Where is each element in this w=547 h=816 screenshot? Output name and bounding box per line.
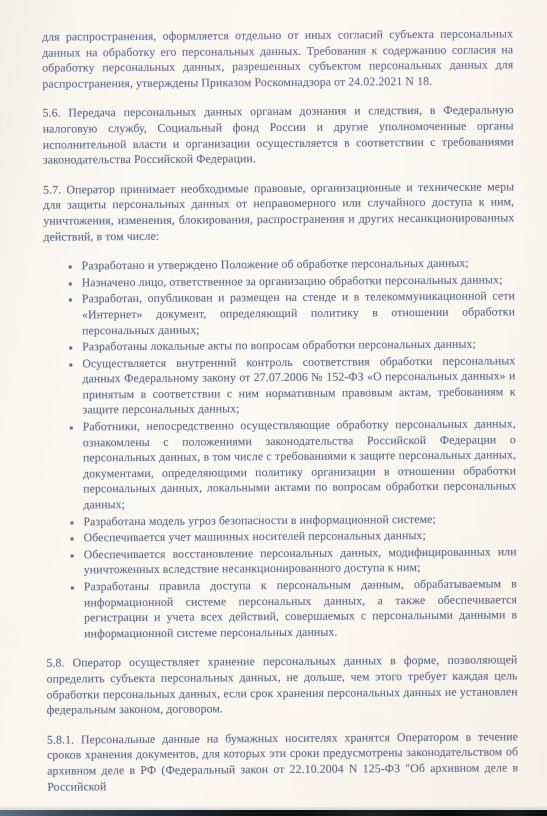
paragraph-consent-distribution: для распространения, оформляется отдельн…: [42, 26, 513, 92]
measure-item-local-acts: Разработаны локальные акты по вопросам о…: [81, 336, 515, 355]
document-text-block: для распространения, оформляется отдельн…: [42, 26, 518, 808]
measure-item-regulation-approved: Разработано и утверждено Положение об об…: [81, 255, 515, 274]
scan-bottom-edge: [0, 810, 547, 816]
paragraph-clause-5-7: 5.7. Оператор принимает необходимые прав…: [43, 179, 514, 245]
measure-item-employees-informed: Работники, непосредственно осуществляющи…: [82, 416, 517, 513]
measure-item-media-accounting: Обеспечивается учет машинных носителей п…: [83, 528, 517, 547]
measure-item-internal-control: Осуществляется внутренний контроль соотв…: [81, 353, 515, 418]
paragraph-clause-5-8: 5.8. Оператор осуществляет хранение перс…: [46, 653, 517, 719]
measure-item-responsible-person: Назначено лицо, ответственное за организ…: [81, 272, 515, 291]
paragraph-clause-5-8-1: 5.8.1. Персональные данные на бумажных н…: [47, 729, 518, 795]
measure-item-access-rules: Разработаны правила доступа к персональн…: [83, 576, 517, 641]
measure-item-threat-model: Разработана модель угроз безопасности в …: [82, 511, 516, 530]
measure-item-policy-published: Разработан, опубликован и размещен на ст…: [81, 289, 515, 339]
scanned-document-page: для распространения, оформляется отдельн…: [0, 0, 547, 816]
measure-item-data-recovery: Обеспечивается восстановление персональн…: [83, 544, 517, 578]
protection-measures-list: Разработано и утверждено Положение об об…: [44, 255, 518, 642]
paragraph-clause-5-6: 5.6. Передача персональных данных органа…: [43, 103, 514, 169]
